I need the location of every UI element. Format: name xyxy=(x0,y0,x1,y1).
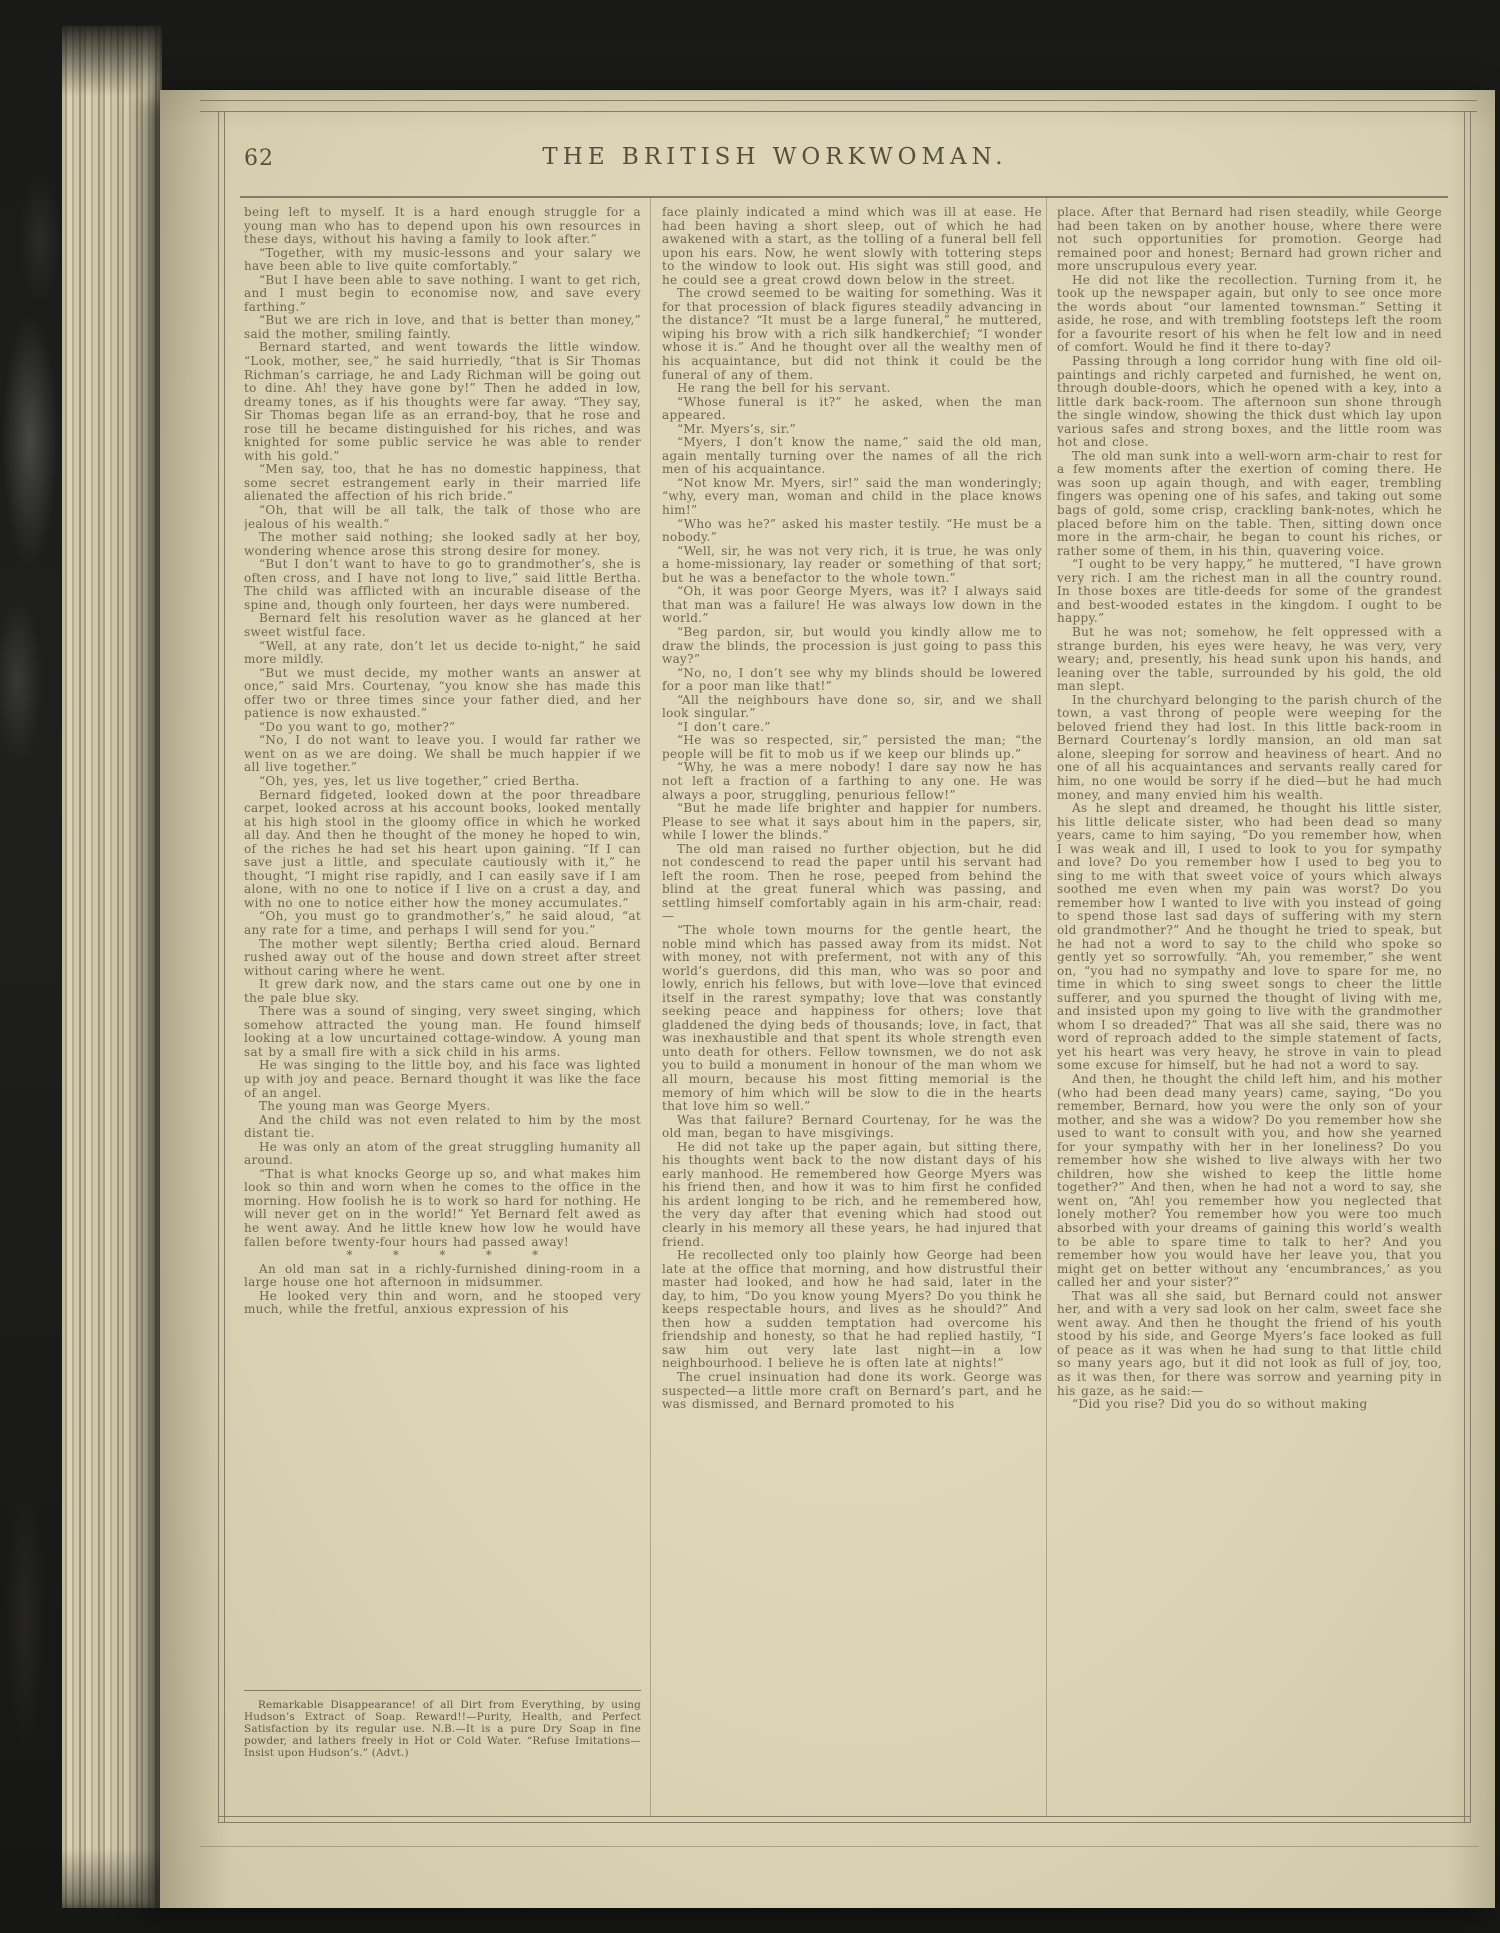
story-paragraph: “Did you rise? Did you do so without mak… xyxy=(1057,1398,1442,1412)
story-paragraph: In the churchyard belonging to the paris… xyxy=(1057,694,1442,802)
soap-advert: Remarkable Disappearance! of all Dirt fr… xyxy=(244,1700,641,1760)
sheet-fold-line xyxy=(200,1846,1479,1847)
story-paragraph: He was only an atom of the great struggl… xyxy=(244,1141,641,1168)
story-paragraph: An old man sat in a richly-furnished din… xyxy=(244,1263,641,1290)
scanned-book-photo: { "header": { "page_number": "62", "titl… xyxy=(0,0,1500,1933)
story-paragraph: place. After that Bernard had risen stea… xyxy=(1057,206,1442,274)
story-paragraph: Passing through a long corridor hung wit… xyxy=(1057,355,1442,450)
story-paragraph: Was that failure? Bernard Courtenay, for… xyxy=(662,1114,1042,1141)
advert-rule xyxy=(244,1690,641,1691)
story-paragraph: He rang the bell for his servant. xyxy=(662,382,1042,396)
soap-advert-text: Remarkable Disappearance! of all Dirt fr… xyxy=(244,1700,641,1760)
story-paragraph: The young man was George Myers. xyxy=(244,1100,641,1114)
story-paragraph: “Oh, that will be all talk, the talk of … xyxy=(244,504,641,531)
story-paragraph: “Beg pardon, sir, but would you kindly a… xyxy=(662,626,1042,667)
story-paragraph: “But we must decide, my mother wants an … xyxy=(244,667,641,721)
story-paragraph: That was all she said, but Bernard could… xyxy=(1057,1290,1442,1398)
story-paragraph: being left to myself. It is a hard enoug… xyxy=(244,206,641,247)
story-paragraph: “Who was he?” asked his master testily. … xyxy=(662,518,1042,545)
page-border-right-outer xyxy=(1470,111,1471,1822)
story-paragraph: “Men say, too, that he has no domestic h… xyxy=(244,463,641,504)
story-paragraph: “Myers, I don’t know the name,” said the… xyxy=(662,436,1042,477)
story-paragraph: He was singing to the little boy, and hi… xyxy=(244,1059,641,1100)
text-column-1: being left to myself. It is a hard enoug… xyxy=(244,206,641,1688)
story-paragraph: “He was so respected, sir,” persisted th… xyxy=(662,734,1042,761)
story-paragraph: “Mr. Myers’s, sir.” xyxy=(662,423,1042,437)
story-paragraph: He did not like the recollection. Turnin… xyxy=(1057,274,1442,355)
story-paragraph: It grew dark now, and the stars came out… xyxy=(244,978,641,1005)
newspaper-page: 62 THE BRITISH WORKWOMAN. being left to … xyxy=(160,90,1495,1908)
story-paragraph: “Well, at any rate, don’t let us decide … xyxy=(244,640,641,667)
story-paragraph: He recollected only too plainly how Geor… xyxy=(662,1249,1042,1371)
story-paragraph: “That is what knocks George up so, and w… xyxy=(244,1168,641,1249)
story-paragraph: “Well, sir, he was not very rich, it is … xyxy=(662,545,1042,586)
column-divider-1 xyxy=(650,198,651,1816)
page-border-left-inner xyxy=(224,111,225,1822)
page-number: 62 xyxy=(244,146,274,171)
story-paragraph: The cruel insinuation had done its work.… xyxy=(662,1371,1042,1412)
story-paragraph: “No, I do not want to leave you. I would… xyxy=(244,734,641,775)
scanner-background-marbling xyxy=(0,120,70,1820)
page-border-left-outer xyxy=(218,111,219,1822)
story-paragraph: “Oh, you must go to grandmother’s,” he s… xyxy=(244,910,641,937)
story-paragraph: Bernard fidgeted, looked down at the poo… xyxy=(244,789,641,911)
story-paragraph: The crowd seemed to be waiting for somet… xyxy=(662,287,1042,382)
story-paragraph: “Do you want to go, mother?” xyxy=(244,721,641,735)
page-border-top-inner xyxy=(200,111,1477,112)
story-paragraph: “All the neighbours have done so, sir, a… xyxy=(662,694,1042,721)
book-page-edges xyxy=(62,26,162,1908)
story-paragraph: The mother wept silently; Bertha cried a… xyxy=(244,938,641,979)
story-paragraph: He looked very thin and worn, and he sto… xyxy=(244,1290,641,1317)
story-paragraph: As he slept and dreamed, he thought his … xyxy=(1057,802,1442,1073)
story-paragraph: He did not take up the paper again, but … xyxy=(662,1141,1042,1249)
header-rule xyxy=(240,196,1448,198)
story-paragraph: “Oh, it was poor George Myers, was it? I… xyxy=(662,585,1042,626)
story-paragraph: “I don’t care.” xyxy=(662,721,1042,735)
story-paragraph: Bernard felt his resolution waver as he … xyxy=(244,612,641,639)
story-paragraph: But he was not; somehow, he felt oppress… xyxy=(1057,626,1442,694)
story-paragraph: “But I don’t want to have to go to grand… xyxy=(244,558,641,612)
story-paragraph: And then, he thought the child left him,… xyxy=(1057,1073,1442,1290)
page-border-bottom-outer xyxy=(218,1822,1471,1823)
story-paragraph: “I ought to be very happy,” he muttered,… xyxy=(1057,558,1442,626)
story-paragraph: And the child was not even related to hi… xyxy=(244,1114,641,1141)
page-border-top-outer xyxy=(200,100,1477,101)
section-separator: * * * * * xyxy=(244,1249,641,1263)
story-paragraph: “But I have been able to save nothing. I… xyxy=(244,274,641,315)
text-column-3: place. After that Bernard had risen stea… xyxy=(1057,206,1442,1818)
story-paragraph: “But we are rich in love, and that is be… xyxy=(244,314,641,341)
story-paragraph: “No, no, I don’t see why my blinds shoul… xyxy=(662,667,1042,694)
story-paragraph: The old man raised no further objection,… xyxy=(662,843,1042,924)
column-divider-2 xyxy=(1046,198,1047,1816)
story-paragraph: Bernard started, and went towards the li… xyxy=(244,341,641,463)
page-border-right-inner xyxy=(1464,111,1465,1822)
story-paragraph: “Together, with my music-lessons and you… xyxy=(244,247,641,274)
story-paragraph: “Oh, yes, yes, let us live together,” cr… xyxy=(244,775,641,789)
masthead-title: THE BRITISH WORKWOMAN. xyxy=(490,144,1060,170)
text-column-2: face plainly indicated a mind which was … xyxy=(662,206,1042,1818)
story-paragraph: “Not know Mr. Myers, sir!” said the man … xyxy=(662,477,1042,518)
story-paragraph: “The whole town mourns for the gentle he… xyxy=(662,924,1042,1114)
story-paragraph: The old man sunk into a well-worn arm-ch… xyxy=(1057,450,1442,558)
story-paragraph: “Why, he was a mere nobody! I dare say n… xyxy=(662,761,1042,802)
story-paragraph: “But he made life brighter and happier f… xyxy=(662,802,1042,843)
story-paragraph: face plainly indicated a mind which was … xyxy=(662,206,1042,287)
story-paragraph: There was a sound of singing, very sweet… xyxy=(244,1005,641,1059)
story-paragraph: “Whose funeral is it?” he asked, when th… xyxy=(662,396,1042,423)
story-paragraph: The mother said nothing; she looked sadl… xyxy=(244,531,641,558)
